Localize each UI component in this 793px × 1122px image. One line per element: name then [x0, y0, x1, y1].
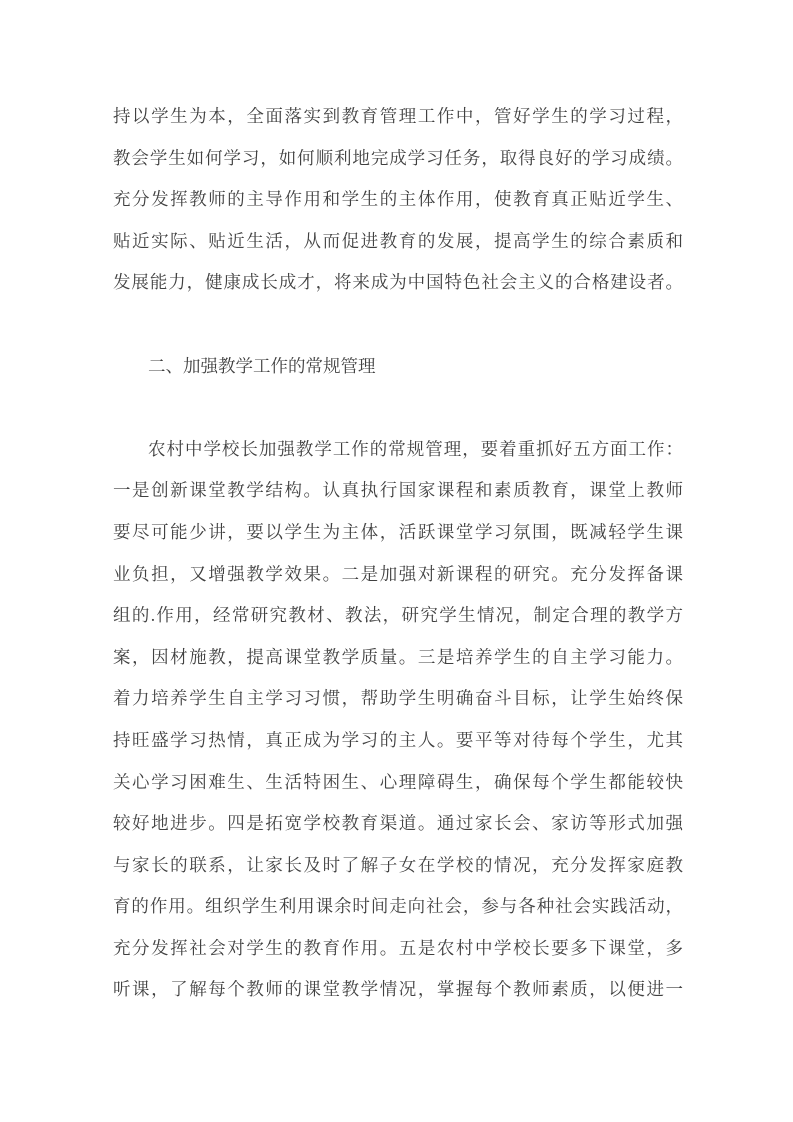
text-line: 与家长的联系，让家长及时了解子女在学校的情况，充分发挥家庭教 [113, 845, 683, 887]
document-body: 持以学生为本，全面落实到教育管理工作中，管好学生的学习过程，教会学生如何学习，如… [113, 96, 683, 1011]
text-line: 农村中学校长加强教学工作的常规管理，要着重抓好五方面工作： [113, 429, 683, 471]
paragraph: 农村中学校长加强教学工作的常规管理，要着重抓好五方面工作：一是创新课堂教学结构。… [113, 429, 683, 1011]
text-line: 要尽可能少讲，要以学生为主体，活跃课堂学习氛围，既减轻学生课 [113, 512, 683, 554]
text-line: 关心学习困难生、生活特困生、心理障碍生，确保每个学生都能较快 [113, 762, 683, 804]
text-line: 育的作用。组织学生利用课余时间走向社会，参与各种社会实践活动， [113, 886, 683, 928]
section-heading: 二、加强教学工作的常规管理 [113, 346, 683, 388]
text-line: 贴近实际、贴近生活，从而促进教育的发展，提高学生的综合素质和 [113, 221, 683, 263]
text-line: 听课，了解每个教师的课堂教学情况，掌握每个教师素质，以便进一 [113, 969, 683, 1011]
text-line: 教会学生如何学习，如何顺利地完成学习任务，取得良好的学习成绩。 [113, 138, 683, 180]
text-line: 充分发挥教师的主导作用和学生的主体作用，使教育真正贴近学生、 [113, 179, 683, 221]
text-line: 发展能力，健康成长成才，将来成为中国特色社会主义的合格建设者。 [113, 262, 683, 304]
text-line: 较好地进步。四是拓宽学校教育渠道。通过家长会、家访等形式加强 [113, 803, 683, 845]
text-line: 持以学生为本，全面落实到教育管理工作中，管好学生的学习过程， [113, 96, 683, 138]
blank-line [113, 387, 683, 429]
text-line: 业负担，又增强教学效果。二是加强对新课程的研究。充分发挥备课 [113, 554, 683, 596]
text-line: 一是创新课堂教学结构。认真执行国家课程和素质教育，课堂上教师 [113, 470, 683, 512]
text-line: 案，因材施教，提高课堂教学质量。三是培养学生的自主学习能力。 [113, 637, 683, 679]
text-line: 持旺盛学习热情，真正成为学习的主人。要平等对待每个学生，尤其 [113, 720, 683, 762]
paragraph: 持以学生为本，全面落实到教育管理工作中，管好学生的学习过程，教会学生如何学习，如… [113, 96, 683, 304]
document-page: 持以学生为本，全面落实到教育管理工作中，管好学生的学习过程，教会学生如何学习，如… [0, 0, 793, 1122]
text-line: 着力培养学生自主学习习惯，帮助学生明确奋斗目标，让学生始终保 [113, 678, 683, 720]
text-line: 充分发挥社会对学生的教育作用。五是农村中学校长要多下课堂，多 [113, 928, 683, 970]
blank-line [113, 304, 683, 346]
text-line: 组的.作用，经常研究教材、教法，研究学生情况，制定合理的教学方 [113, 595, 683, 637]
